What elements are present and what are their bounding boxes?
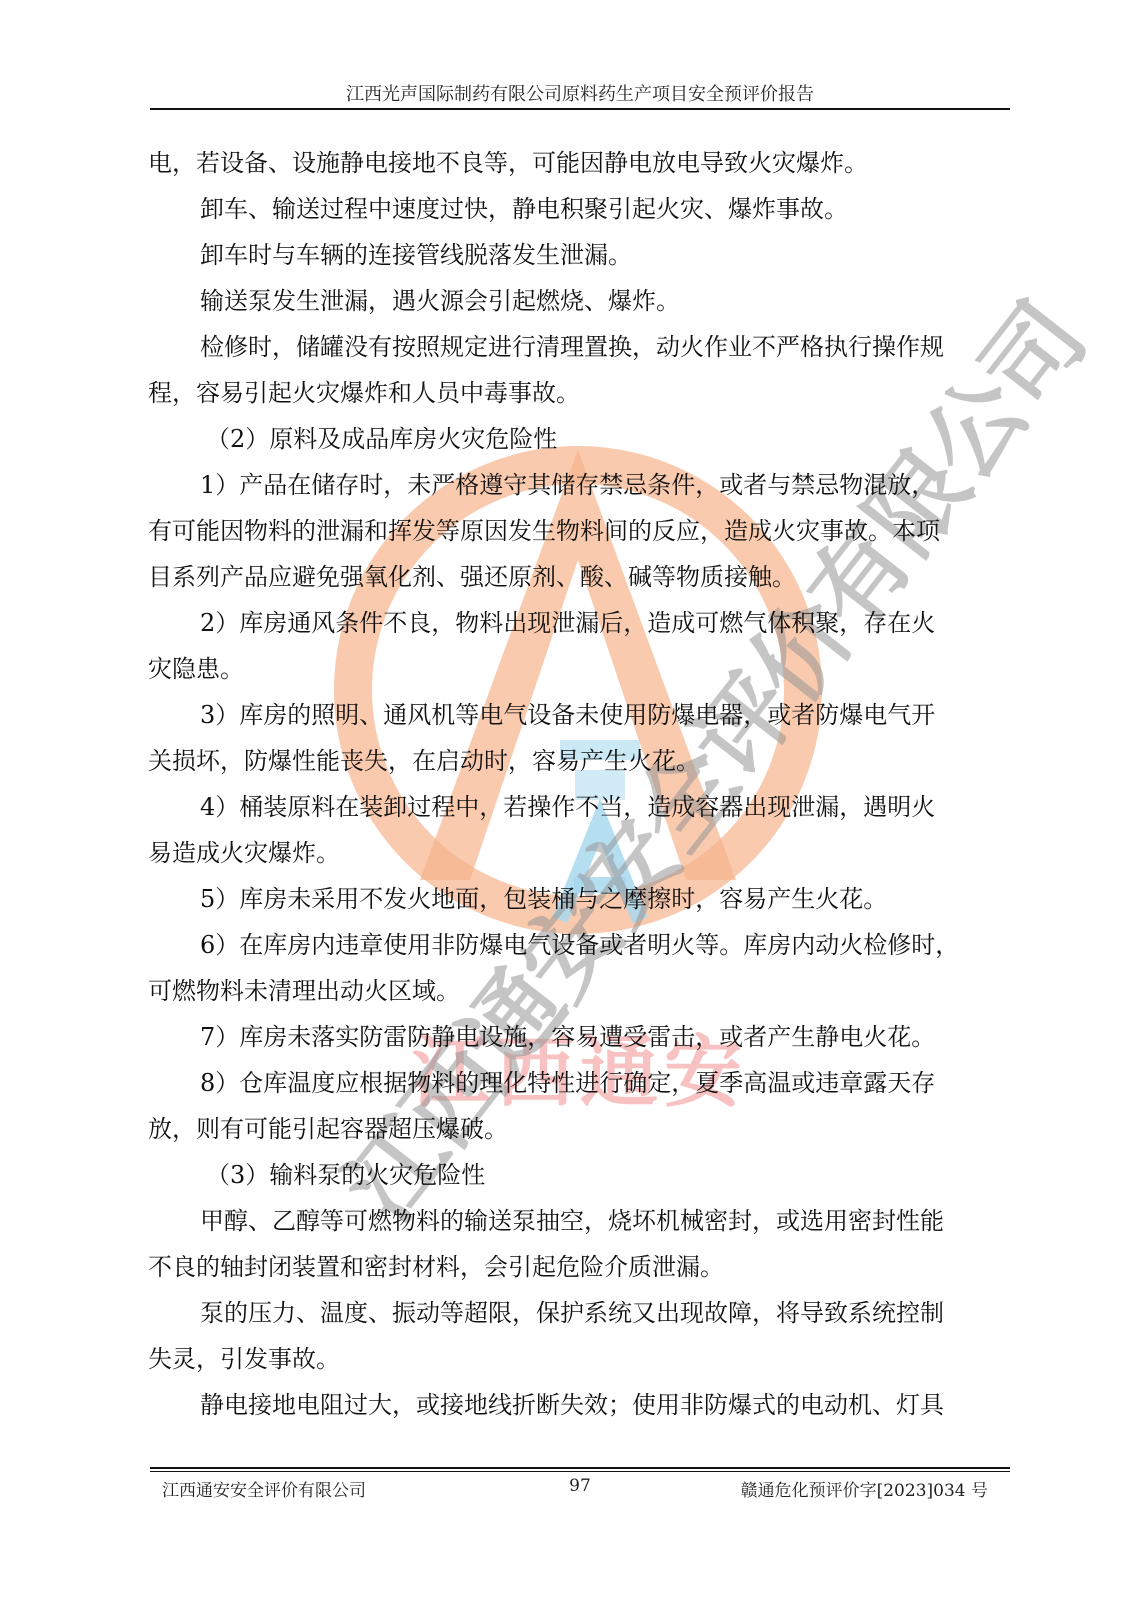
header-divider — [150, 108, 1010, 110]
footer-divider-thin — [150, 1471, 1010, 1472]
text-line: 3）库房的照明、通风机等电气设备未使用防爆电器，或者防爆电气开 — [148, 692, 1010, 738]
text-line: 灾隐患。 — [148, 646, 1010, 692]
text-line: 检修时，储罐没有按照规定进行清理置换，动火作业不严格执行操作规 — [148, 324, 1010, 370]
text-line: 卸车、输送过程中速度过快，静电积聚引起火灾、爆炸事故。 — [148, 186, 1010, 232]
text-line: 不良的轴封闭装置和密封材料，会引起危险介质泄漏。 — [148, 1244, 1010, 1290]
text-line: 关损坏，防爆性能丧失，在启动时，容易产生火花。 — [148, 738, 1010, 784]
text-line: 有可能因物料的泄漏和挥发等原因发生物料间的反应，造成火灾事故。本项 — [148, 508, 1010, 554]
document-page: 江西光声国际制药有限公司原料药生产项目安全预评价报告 电，若设备、设施静电接地不… — [0, 0, 1131, 1600]
text-line: 7）库房未落实防雷防静电设施，容易遭受雷击，或者产生静电火花。 — [148, 1014, 1010, 1060]
text-line: 输送泵发生泄漏，遇火源会引起燃烧、爆炸。 — [148, 278, 1010, 324]
text-line: 放，则有可能引起容器超压爆破。 — [148, 1106, 1010, 1152]
text-line: 2）库房通风条件不良，物料出现泄漏后，造成可燃气体积聚，存在火 — [148, 600, 1010, 646]
text-line: 4）桶装原料在装卸过程中，若操作不当，造成容器出现泄漏，遇明火 — [148, 784, 1010, 830]
text-line: 程，容易引起火灾爆炸和人员中毒事故。 — [148, 370, 1010, 416]
text-line: 静电接地电阻过大，或接地线折断失效；使用非防爆式的电动机、灯具 — [148, 1382, 1010, 1428]
text-line: 6）在库房内违章使用非防爆电气设备或者明火等。库房内动火检修时， — [148, 922, 1010, 968]
section-heading: （2）原料及成品库房火灾危险性 — [148, 416, 1010, 462]
text-line: 8）仓库温度应根据物料的理化特性进行确定，夏季高温或违章露天存 — [148, 1060, 1010, 1106]
text-line: 可燃物料未清理出动火区域。 — [148, 968, 1010, 1014]
text-line: 5）库房未采用不发火地面，包装桶与之摩擦时，容易产生火花。 — [148, 876, 1010, 922]
text-line: 甲醇、乙醇等可燃物料的输送泵抽空，烧坏机械密封，或选用密封性能 — [148, 1198, 1010, 1244]
text-line: 失灵，引发事故。 — [148, 1336, 1010, 1382]
text-line: 卸车时与车辆的连接管线脱落发生泄漏。 — [148, 232, 1010, 278]
text-line: 泵的压力、温度、振动等超限，保护系统又出现故障，将导致系统控制 — [148, 1290, 1010, 1336]
document-number: 赣通危化预评价字[2023]034 号 — [741, 1476, 988, 1501]
body-text: 电，若设备、设施静电接地不良等，可能因静电放电导致火灾爆炸。 卸车、输送过程中速… — [148, 140, 1010, 1428]
text-line: 电，若设备、设施静电接地不良等，可能因静电放电导致火灾爆炸。 — [148, 140, 1010, 186]
footer-divider — [150, 1467, 1010, 1469]
page-footer: 江西通安安全评价有限公司 97 赣通危化预评价字[2023]034 号 — [150, 1474, 1010, 1500]
page-header-title: 江西光声国际制药有限公司原料药生产项目安全预评价报告 — [150, 80, 1010, 106]
text-line: 1）产品在储存时，未严格遵守其储存禁忌条件，或者与禁忌物混放， — [148, 462, 1010, 508]
text-line: 易造成火灾爆炸。 — [148, 830, 1010, 876]
text-line: 目系列产品应避免强氧化剂、强还原剂、酸、碱等物质接触。 — [148, 554, 1010, 600]
section-heading: （3）输料泵的火灾危险性 — [148, 1152, 1010, 1198]
